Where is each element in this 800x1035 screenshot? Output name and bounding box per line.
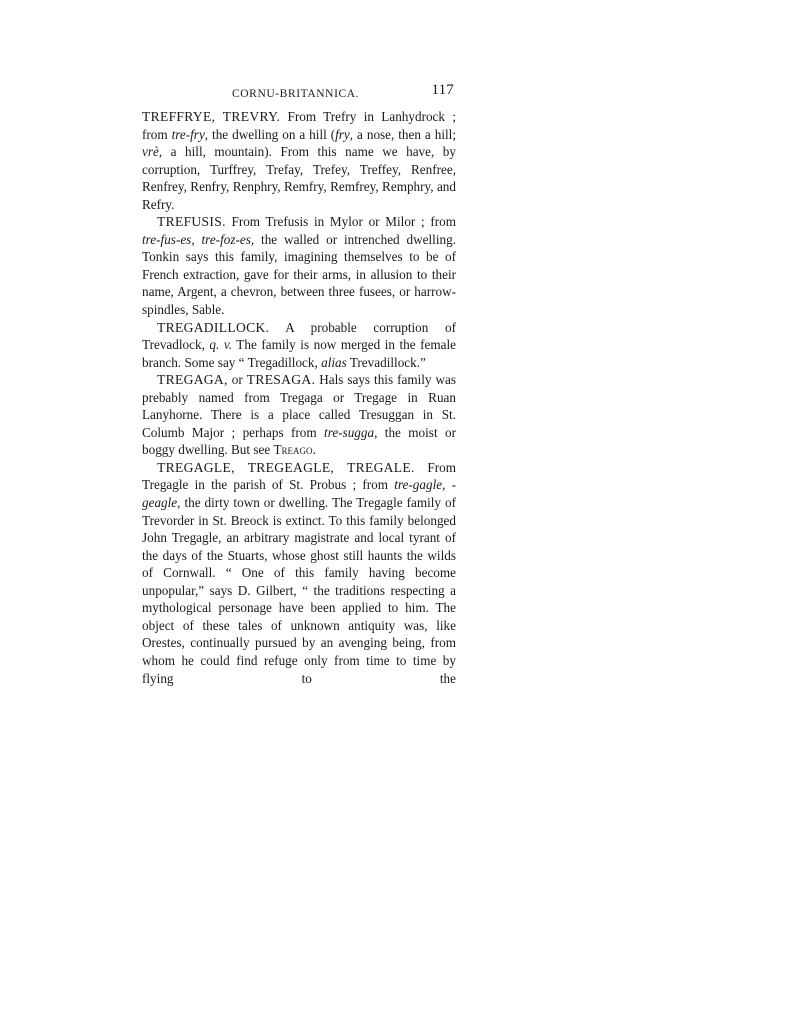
italic-term: vrè	[142, 144, 159, 159]
italic-term: tre-fus-es, tre-foz-es,	[142, 232, 254, 247]
text-run: or	[228, 372, 247, 387]
entry-tregagle: TREGAGLE, TREGEAGLE, TREGALE. From Trega…	[142, 459, 456, 687]
italic-term: q. v.	[209, 337, 232, 352]
text-run: , the dirty town or dwelling. The Tregag…	[142, 495, 456, 685]
text-run: , a hill, mountain). From this name we h…	[142, 144, 456, 212]
book-page: CORNU-BRITANNICA. 117 TREFFRYE, TREVRY. …	[142, 82, 456, 687]
entry-headword-variant: TRESAGA.	[247, 372, 315, 387]
text-run: , a nose, then a hill;	[350, 127, 456, 142]
entry-headword: TREGAGA,	[157, 372, 228, 387]
entry-tregadillock: TREGADILLOCK. A probable corruption of T…	[142, 319, 456, 372]
running-head: CORNU-BRITANNICA. 117	[142, 82, 456, 104]
text-run: .	[313, 442, 316, 457]
page-number: 117	[431, 82, 454, 99]
entry-body: From Trefry in Lanhydrock ; from tre-fry…	[142, 109, 456, 212]
text-run: , the dwelling on a hill (	[205, 127, 335, 142]
italic-term: fry	[335, 127, 350, 142]
entry-headword: TREGAGLE, TREGEAGLE, TREGALE.	[157, 460, 415, 475]
entry-treffrye: TREFFRYE, TREVRY. From Trefry in Lanhydr…	[142, 108, 456, 213]
entry-body: From Trefusis in Mylor or Milor ; from t…	[142, 214, 456, 317]
entry-tregaga: TREGAGA, or TRESAGA. Hals says this fami…	[142, 371, 456, 459]
italic-term: alias	[321, 355, 347, 370]
body-text: TREFFRYE, TREVRY. From Trefry in Lanhydr…	[142, 108, 456, 687]
italic-term: tre-sugga	[324, 425, 374, 440]
text-run: From Trefusis in Mylor or Milor ; from	[226, 214, 456, 229]
entry-headword: TREFFRYE, TREVRY.	[142, 109, 280, 124]
text-run: Trevadillock.”	[347, 355, 426, 370]
entry-headword: TREGADILLOCK.	[157, 320, 269, 335]
entry-headword: TREFUSIS.	[157, 214, 226, 229]
running-head-title: CORNU-BRITANNICA.	[232, 88, 359, 100]
entry-trefusis: TREFUSIS. From Trefusis in Mylor or Milo…	[142, 213, 456, 318]
entry-body: From Tregagle in the parish of St. Probu…	[142, 460, 456, 686]
cross-reference: Treago	[274, 442, 313, 457]
italic-term: tre-fry	[172, 127, 205, 142]
